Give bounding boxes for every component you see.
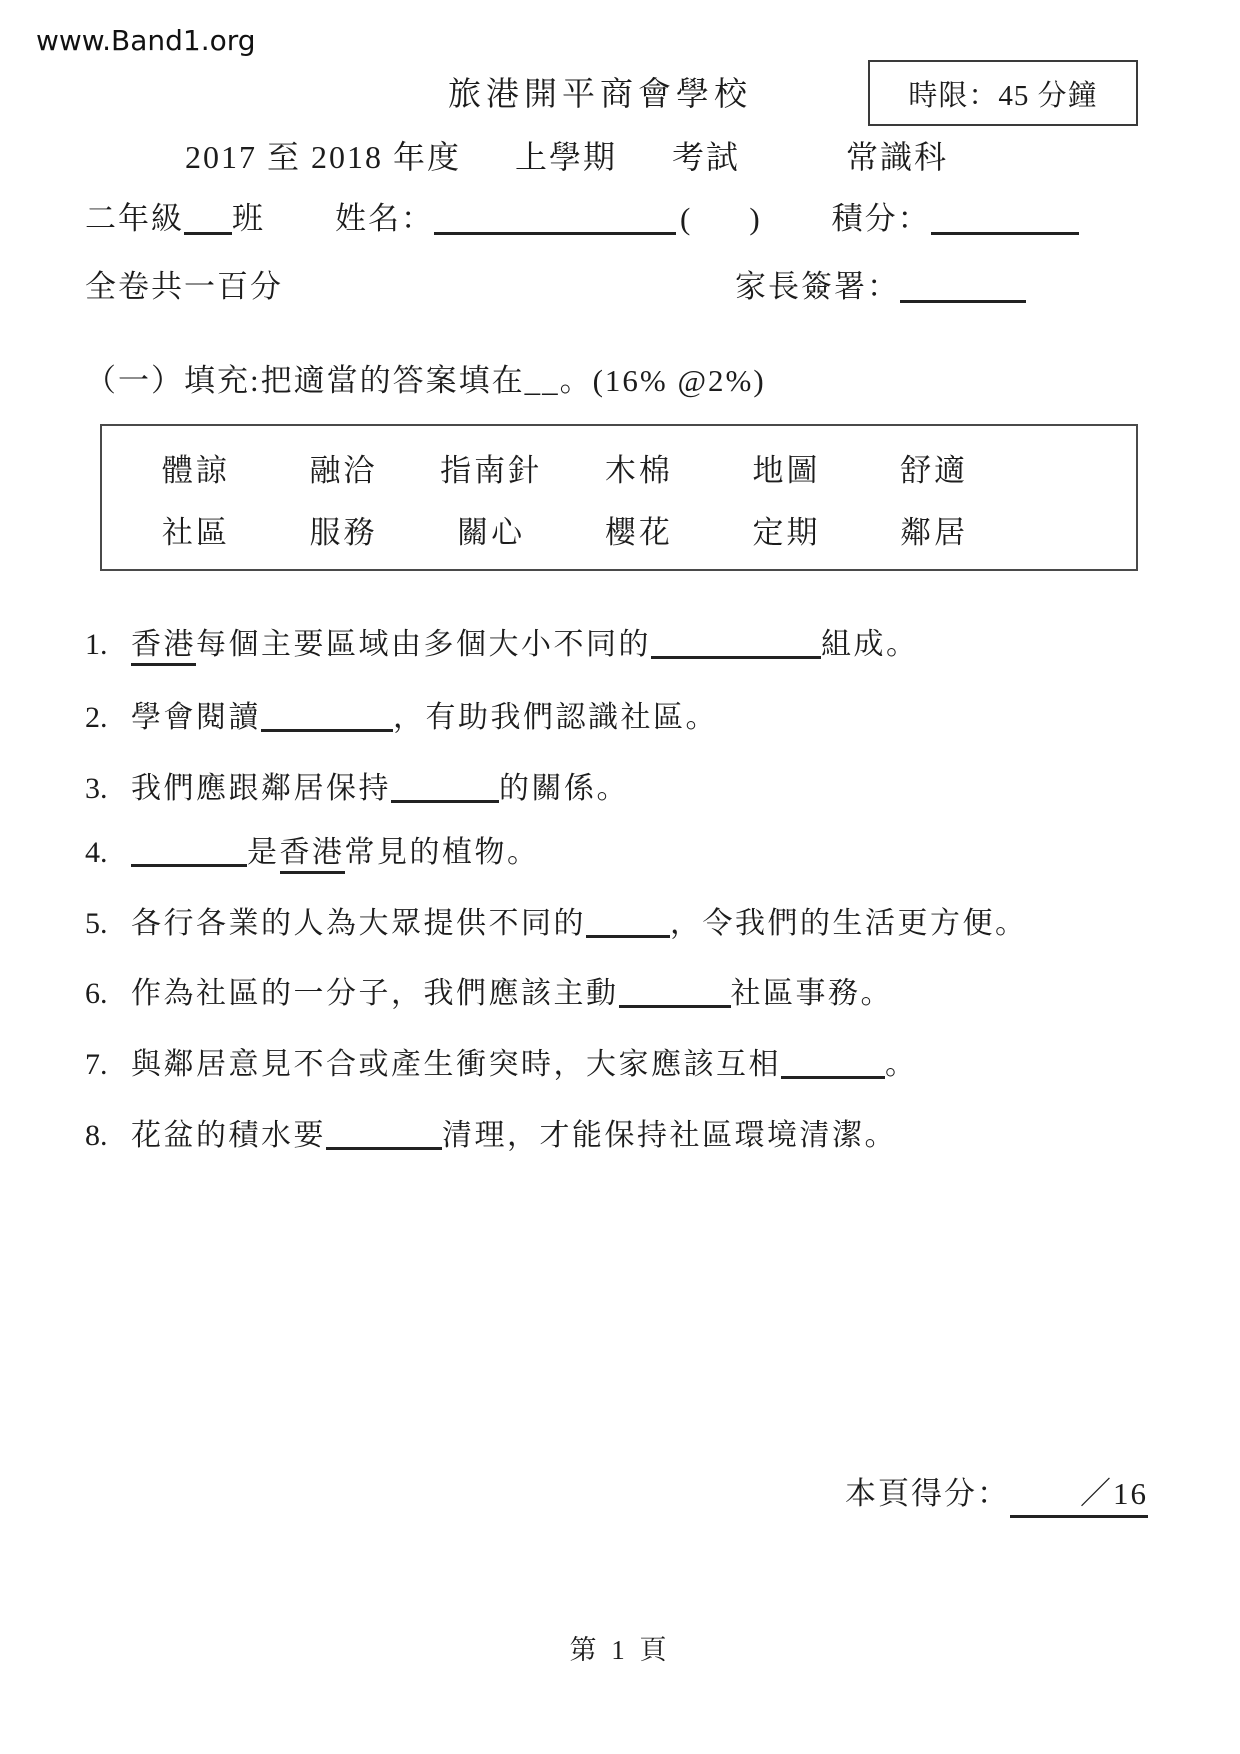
question-text: 學會閱讀	[131, 701, 261, 734]
name-blank	[434, 204, 676, 235]
section-one-heading: （一）填充:把適當的答案填在__。(16% @2%)	[85, 355, 766, 400]
page-score-line: 本頁得分：／16	[845, 1468, 1148, 1518]
answer-blank	[391, 773, 499, 803]
word-bank-item: 社區	[162, 507, 230, 552]
time-limit-box: 時限：45 分鐘	[868, 60, 1138, 126]
question-8: 8.花盆的積水要清理，才能保持社區環境清潔。	[85, 1110, 897, 1154]
question-text: 作為社區的一分子，我們應該主動	[131, 977, 619, 1010]
question-5: 5.各行各業的人為大眾提供不同的，令我們的生活更方便。	[85, 898, 1028, 942]
question-text: 常見的植物。	[345, 836, 540, 869]
marks-label: 積分：	[832, 201, 931, 236]
page-score-label: 本頁得分：	[845, 1476, 1010, 1511]
answer-blank	[261, 702, 393, 732]
word-bank-item: 關心	[457, 507, 525, 552]
page-score-blank: ／16	[1010, 1468, 1148, 1518]
word-bank-item: 櫻花	[605, 507, 673, 552]
question-number: 5.	[85, 907, 131, 941]
word-bank-item: 定期	[752, 507, 820, 552]
site-watermark: www.Band1.org	[36, 24, 256, 57]
question-text: 是	[247, 836, 280, 869]
question-text: ，有助我們認識社區。	[393, 701, 718, 734]
word-bank-item: 地圖	[752, 445, 820, 490]
question-4: 4.是香港常見的植物。	[85, 827, 540, 871]
word-bank-item: 舒適	[900, 445, 968, 490]
question-6: 6.作為社區的一分子，我們應該主動社區事務。	[85, 968, 893, 1012]
page-number: 第 1 頁	[0, 1628, 1240, 1667]
underlined-term: 香港	[280, 836, 345, 874]
class-label: 班	[232, 201, 265, 236]
exam-paper-page: www.Band1.org 旅港開平商會學校 時限：45 分鐘 2017 至 2…	[0, 0, 1240, 1754]
question-text: 。	[885, 1048, 918, 1081]
term-label: 上學期	[515, 132, 617, 178]
word-bank-box: 體諒融洽指南針木棉地圖舒適社區服務關心櫻花定期鄰居	[100, 424, 1138, 571]
question-text: 花盆的積水要	[131, 1119, 326, 1152]
question-number: 7.	[85, 1048, 131, 1082]
question-number: 1.	[85, 628, 131, 662]
answer-blank	[131, 837, 247, 867]
grade-label: 二年級	[85, 201, 184, 236]
marks-blank	[931, 204, 1079, 235]
word-bank-item: 融洽	[309, 445, 377, 490]
word-bank-item: 鄰居	[900, 507, 968, 552]
question-2: 2.學會閱讀，有助我們認識社區。	[85, 692, 718, 736]
parent-sign-blank	[900, 272, 1026, 303]
question-1: 1.香港每個主要區域由多個大小不同的組成。	[85, 619, 919, 663]
subject-label: 常識科	[846, 132, 948, 178]
question-text: 各行各業的人為大眾提供不同的	[131, 907, 586, 940]
class-blank	[184, 204, 232, 235]
time-limit-text: 時限：45 分鐘	[908, 73, 1097, 114]
question-text: 社區事務。	[731, 977, 894, 1010]
word-bank-item: 木棉	[605, 445, 673, 490]
question-number: 6.	[85, 977, 131, 1011]
question-7: 7.與鄰居意見不合或產生衝突時，大家應該互相。	[85, 1039, 918, 1083]
question-number: 2.	[85, 701, 131, 735]
school-name: 旅港開平商會學校	[448, 68, 752, 115]
question-text: 每個主要區域由多個大小不同的	[196, 628, 651, 661]
question-3: 3.我們應跟鄰居保持的關係。	[85, 763, 629, 807]
academic-year: 2017 至 2018 年度	[185, 132, 461, 178]
question-number: 3.	[85, 772, 131, 806]
word-bank-item: 服務	[309, 507, 377, 552]
question-text: ，令我們的生活更方便。	[670, 907, 1028, 940]
question-text: 組成。	[821, 628, 919, 661]
question-text: 清理，才能保持社區環境清潔。	[442, 1119, 897, 1152]
total-marks: 全卷共一百分	[85, 261, 283, 306]
exam-label: 考試	[672, 132, 740, 178]
underlined-term: 香港	[131, 628, 196, 666]
class-number-brackets: ( )	[680, 201, 774, 236]
parent-sign-label: 家長簽署：	[735, 269, 900, 304]
question-text: 與鄰居意見不合或產生衝突時，大家應該互相	[131, 1048, 781, 1081]
question-text: 我們應跟鄰居保持	[131, 772, 391, 805]
answer-blank	[781, 1049, 885, 1079]
word-bank-item: 指南針	[440, 445, 542, 490]
student-info-line: 二年級班姓名：( )積分：	[85, 193, 1079, 238]
word-bank-item: 體諒	[162, 445, 230, 490]
question-text: 的關係。	[499, 772, 629, 805]
name-label: 姓名：	[335, 201, 434, 236]
answer-blank	[326, 1120, 442, 1150]
answer-blank	[651, 629, 821, 659]
parent-signature-line: 家長簽署：	[735, 261, 1026, 306]
question-number: 4.	[85, 836, 131, 870]
answer-blank	[586, 908, 670, 938]
answer-blank	[619, 978, 731, 1008]
question-number: 8.	[85, 1119, 131, 1153]
